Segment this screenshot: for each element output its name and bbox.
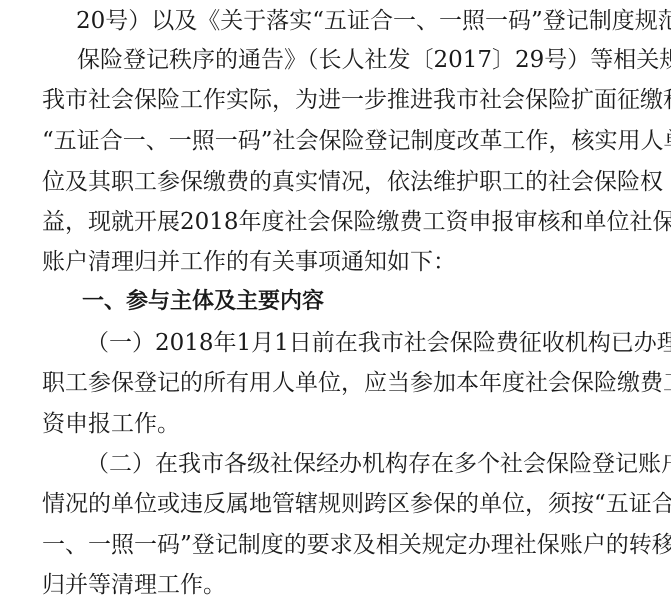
text-line: 职工参保登记的所有用人单位，应当参加本年度社会保险缴费工 <box>42 368 636 398</box>
text-line: （二）在我市各级社保经办机构存在多个社会保险登记账户 <box>86 449 636 479</box>
text-line: 一、一照一码”登记制度的要求及相关规定办理社保账户的转移、 <box>42 530 636 560</box>
text-line: 归并等清理工作。 <box>42 570 226 599</box>
text-line: 情况的单位或违反属地管辖规则跨区参保的单位，须按“五证合 <box>42 489 636 519</box>
text-line: 我市社会保险工作实际，为进一步推进我市社会保险扩面征缴和 <box>42 85 636 115</box>
text-line: 账户清理归并工作的有关事项通知如下： <box>42 247 456 277</box>
text-line: 20号）以及《关于落实“五证合一、一照一码”登记制度规范社会 <box>76 6 611 36</box>
text-line: 益，现就开展2018年度社会保险缴费工资申报审核和单位社保 <box>42 207 636 237</box>
text-line: 位及其职工参保缴费的真实情况，依法维护职工的社会保险权 <box>42 167 636 197</box>
text-line: 保险登记秩序的通告》（长人社发〔2017〕29号）等相关规定和 <box>77 45 612 75</box>
text-line: “五证合一、一照一码”社会保险登记制度改革工作，核实用人单 <box>42 126 636 156</box>
section-heading: 一、参与主体及主要内容 <box>82 287 324 317</box>
text-line: 资申报工作。 <box>42 409 180 439</box>
text-line: （一）2018年1月1日前在我市社会保险费征收机构已办理 <box>86 328 636 358</box>
